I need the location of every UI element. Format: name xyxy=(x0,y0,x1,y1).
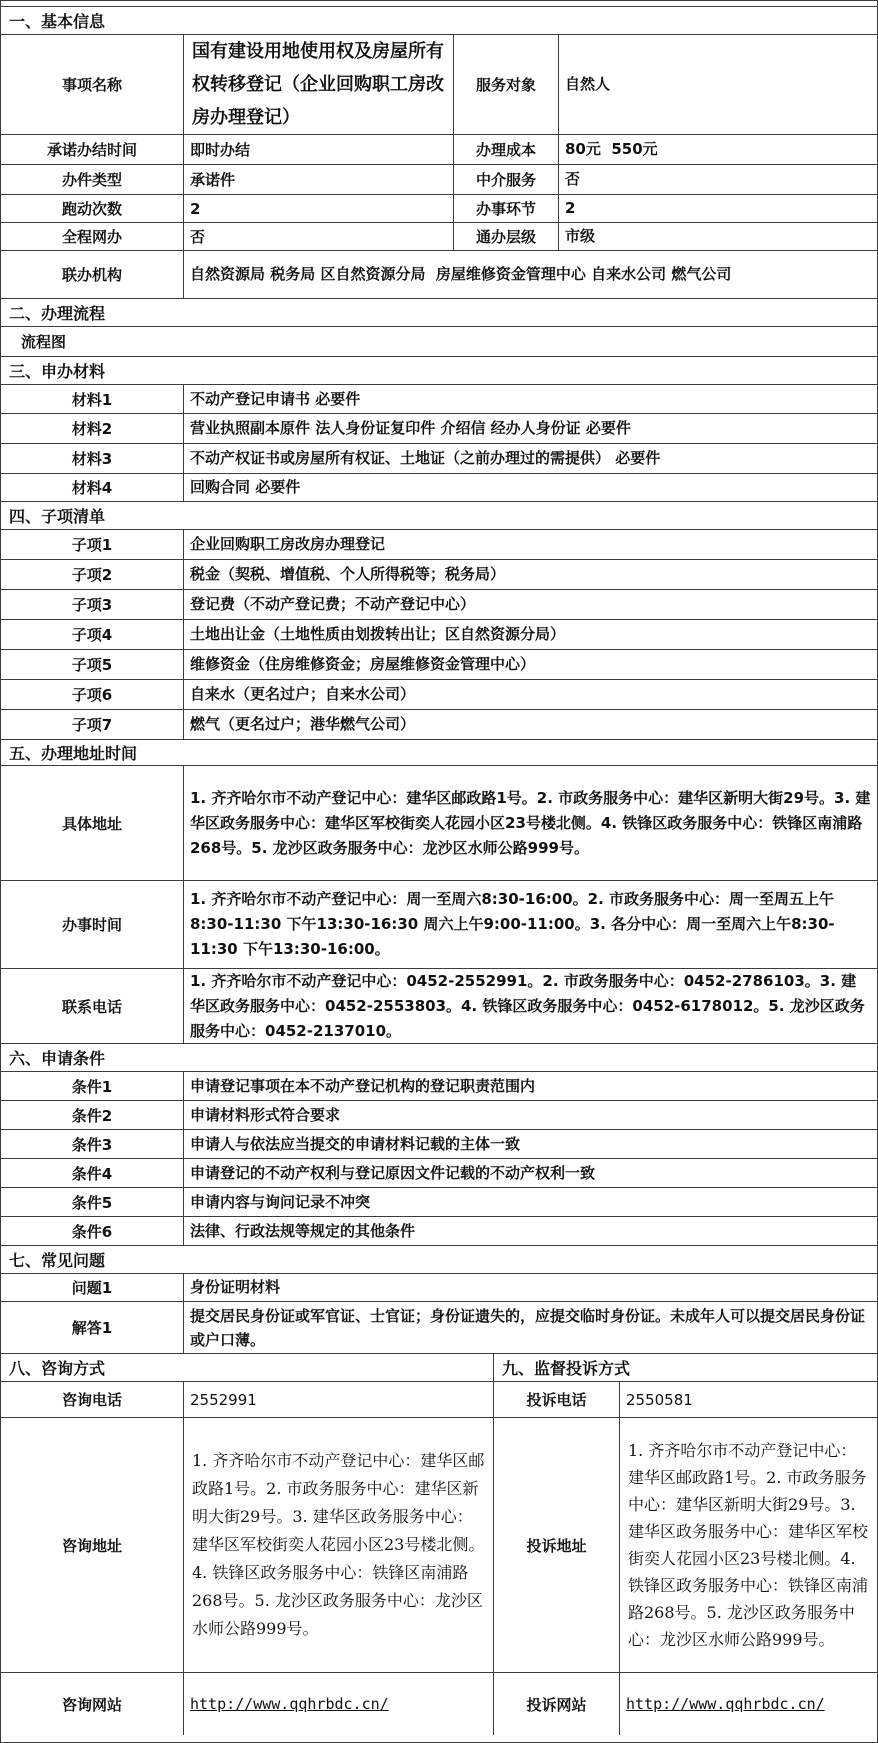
subitem-3-value: 登记费（不动产登记费；不动产登记中心） xyxy=(183,590,877,619)
case-type-value: 承诺件 xyxy=(183,165,453,194)
row-subitem-3: 子项3 登记费（不动产登记费；不动产登记中心） xyxy=(1,590,877,620)
section-title: 二、办理流程 xyxy=(1,299,111,326)
complaint-website-label: 投诉网站 xyxy=(493,1673,619,1735)
item-name-value: 国有建设用地使用权及房屋所有权转移登记（企业回购职工房改房办理登记） xyxy=(183,35,453,134)
row-basic-3: 跑动次数 2 办事环节 2 xyxy=(1,195,877,223)
subitem-6-value: 自来水（更名过户；自来水公司） xyxy=(183,680,877,709)
office-hours-label: 办事时间 xyxy=(1,881,183,968)
row-subitem-5: 子项5 维修资金（住房维修资金；房屋维修资金管理中心） xyxy=(1,650,877,680)
condition-4-label: 条件4 xyxy=(1,1159,183,1187)
section-header-materials: 三、申办材料 xyxy=(1,357,877,385)
answer-1-value: 提交居民身份证或军官证、士官证；身份证遗失的，应提交临时身份证。未成年人可以提交… xyxy=(183,1302,877,1353)
section-title: 五、办理地址时间 xyxy=(1,740,143,765)
row-material-1: 材料1 不动产登记申请书 必要件 xyxy=(1,385,877,414)
subitem-5-value: 维修资金（住房维修资金；房屋维修资金管理中心） xyxy=(183,650,877,679)
address-label: 具体地址 xyxy=(1,766,183,880)
complaint-website-link[interactable]: http://www.qqhrbdc.cn/ xyxy=(619,1673,877,1735)
consult-address-value: 1. 齐齐哈尔市不动产登记中心：建华区邮政路1号。2. 市政务服务中心：建华区新… xyxy=(183,1418,493,1672)
row-subitem-6: 子项6 自来水（更名过户；自来水公司） xyxy=(1,680,877,710)
row-condition-6: 条件6 法律、行政法规等规定的其他条件 xyxy=(1,1217,877,1246)
complaint-address-label: 投诉地址 xyxy=(493,1418,619,1672)
address-value: 1. 齐齐哈尔市不动产登记中心：建华区邮政路1号。2. 市政务服务中心：建华区新… xyxy=(183,766,877,880)
section-header-faq: 七、常见问题 xyxy=(1,1246,877,1274)
material-1-label: 材料1 xyxy=(1,385,183,413)
row-addresses: 咨询地址 1. 齐齐哈尔市不动产登记中心：建华区邮政路1号。2. 市政务服务中心… xyxy=(1,1418,877,1673)
joint-org-label: 联办机构 xyxy=(1,251,183,298)
condition-1-label: 条件1 xyxy=(1,1072,183,1100)
consult-section-title: 八、咨询方式 xyxy=(1,1354,493,1381)
service-target-value: 自然人 xyxy=(558,35,877,134)
cost-label: 办理成本 xyxy=(453,135,558,164)
section-header-conditions: 六、申请条件 xyxy=(1,1044,877,1072)
item-name-label: 事项名称 xyxy=(1,35,183,134)
agency-service-label: 中介服务 xyxy=(453,165,558,194)
row-contact-phone: 联系电话 1. 齐齐哈尔市不动产登记中心：0452-2552991。2. 市政务… xyxy=(1,969,877,1044)
row-question-1: 问题1 身份证明材料 xyxy=(1,1274,877,1302)
section-title: 一、基本信息 xyxy=(1,7,111,34)
section-header-subitems: 四、子项清单 xyxy=(1,502,877,530)
subitem-1-value: 企业回购职工房改房办理登记 xyxy=(183,530,877,559)
row-condition-4: 条件4 申请登记的不动产权利与登记原因文件记载的不动产权利一致 xyxy=(1,1159,877,1188)
subitem-4-label: 子项4 xyxy=(1,620,183,649)
steps-label: 办事环节 xyxy=(453,195,558,222)
question-1-value: 身份证明材料 xyxy=(183,1274,877,1301)
condition-2-value: 申请材料形式符合要求 xyxy=(183,1101,877,1129)
row-answer-1: 解答1 提交居民身份证或军官证、士官证；身份证遗失的，应提交临时身份证。未成年人… xyxy=(1,1302,877,1354)
row-material-4: 材料4 回购合同 必要件 xyxy=(1,474,877,502)
government-service-info-table: 一、基本信息 事项名称 国有建设用地使用权及房屋所有权转移登记（企业回购职工房改… xyxy=(0,0,878,1743)
consult-website-link[interactable]: http://www.qqhrbdc.cn/ xyxy=(183,1673,493,1735)
condition-6-label: 条件6 xyxy=(1,1217,183,1245)
service-target-label: 服务对象 xyxy=(453,35,558,134)
answer-1-label: 解答1 xyxy=(1,1302,183,1353)
subitem-5-label: 子项5 xyxy=(1,650,183,679)
row-condition-2: 条件2 申请材料形式符合要求 xyxy=(1,1101,877,1130)
condition-3-value: 申请人与依法应当提交的申请材料记载的主体一致 xyxy=(183,1130,877,1158)
row-basic-4: 全程网办 否 通办层级 市级 xyxy=(1,223,877,251)
row-websites: 咨询网站 http://www.qqhrbdc.cn/ 投诉网站 http://… xyxy=(1,1673,877,1735)
subitem-1-label: 子项1 xyxy=(1,530,183,559)
promise-time-value: 即时办结 xyxy=(183,135,453,164)
trips-label: 跑动次数 xyxy=(1,195,183,222)
online-value: 否 xyxy=(183,223,453,250)
row-address: 具体地址 1. 齐齐哈尔市不动产登记中心：建华区邮政路1号。2. 市政务服务中心… xyxy=(1,766,877,881)
consult-address-label: 咨询地址 xyxy=(1,1418,183,1672)
material-2-value: 营业执照副本原件 法人身份证复印件 介绍信 经办人身份证 必要件 xyxy=(183,414,877,443)
condition-6-value: 法律、行政法规等规定的其他条件 xyxy=(183,1217,877,1245)
row-material-2: 材料2 营业执照副本原件 法人身份证复印件 介绍信 经办人身份证 必要件 xyxy=(1,414,877,444)
complaint-phone-value: 2550581 xyxy=(619,1382,877,1417)
row-basic-2: 办件类型 承诺件 中介服务 否 xyxy=(1,165,877,195)
section-header-consult-complaint: 八、咨询方式 九、监督投诉方式 xyxy=(1,1354,877,1382)
flowchart-label: 流程图 xyxy=(1,327,877,356)
section-title: 六、申请条件 xyxy=(1,1044,111,1071)
row-subitem-7: 子项7 燃气（更名过户；港华燃气公司） xyxy=(1,710,877,740)
level-label: 通办层级 xyxy=(453,223,558,250)
level-value: 市级 xyxy=(558,223,877,250)
online-label: 全程网办 xyxy=(1,223,183,250)
subitem-6-label: 子项6 xyxy=(1,680,183,709)
material-3-value: 不动产权证书或房屋所有权证、土地证（之前办理过的需提供） 必要件 xyxy=(183,444,877,473)
row-basic-1: 承诺办结时间 即时办结 办理成本 80元 550元 xyxy=(1,135,877,165)
material-2-label: 材料2 xyxy=(1,414,183,443)
contact-phone-label: 联系电话 xyxy=(1,969,183,1043)
row-joint-org: 联办机构 自然资源局 税务局 区自然资源分局 房屋维修资金管理中心 自来水公司 … xyxy=(1,251,877,299)
row-subitem-4: 子项4 土地出让金（土地性质由划拨转出让；区自然资源分局） xyxy=(1,620,877,650)
condition-1-value: 申请登记事项在本不动产登记机构的登记职责范围内 xyxy=(183,1072,877,1100)
material-3-label: 材料3 xyxy=(1,444,183,473)
subitem-7-value: 燃气（更名过户；港华燃气公司） xyxy=(183,710,877,739)
section-title: 七、常见问题 xyxy=(1,1246,111,1273)
section-header-basic-info: 一、基本信息 xyxy=(1,7,877,35)
condition-5-label: 条件5 xyxy=(1,1188,183,1216)
row-item-name: 事项名称 国有建设用地使用权及房屋所有权转移登记（企业回购职工房改房办理登记） … xyxy=(1,35,877,135)
condition-4-value: 申请登记的不动产权利与登记原因文件记载的不动产权利一致 xyxy=(183,1159,877,1187)
row-condition-5: 条件5 申请内容与询问记录不冲突 xyxy=(1,1188,877,1217)
trips-value: 2 xyxy=(183,195,453,222)
row-condition-1: 条件1 申请登记事项在本不动产登记机构的登记职责范围内 xyxy=(1,1072,877,1101)
contact-phone-value: 1. 齐齐哈尔市不动产登记中心：0452-2552991。2. 市政务服务中心：… xyxy=(183,969,877,1043)
question-1-label: 问题1 xyxy=(1,1274,183,1301)
section-title: 三、申办材料 xyxy=(1,357,111,384)
subitem-7-label: 子项7 xyxy=(1,710,183,739)
agency-service-value: 否 xyxy=(558,165,877,194)
condition-5-value: 申请内容与询问记录不冲突 xyxy=(183,1188,877,1216)
consult-phone-label: 咨询电话 xyxy=(1,1382,183,1417)
row-office-hours: 办事时间 1. 齐齐哈尔市不动产登记中心：周一至周六8:30-16:00。2. … xyxy=(1,881,877,969)
complaint-section-title: 九、监督投诉方式 xyxy=(493,1354,877,1381)
subitem-3-label: 子项3 xyxy=(1,590,183,619)
consult-website-label: 咨询网站 xyxy=(1,1673,183,1735)
cost-value: 80元 550元 xyxy=(558,135,877,164)
condition-3-label: 条件3 xyxy=(1,1130,183,1158)
condition-2-label: 条件2 xyxy=(1,1101,183,1129)
section-header-address-time: 五、办理地址时间 xyxy=(1,740,877,766)
subitem-2-label: 子项2 xyxy=(1,560,183,589)
case-type-label: 办件类型 xyxy=(1,165,183,194)
section-header-process: 二、办理流程 xyxy=(1,299,877,327)
row-subitem-1: 子项1 企业回购职工房改房办理登记 xyxy=(1,530,877,560)
complaint-phone-label: 投诉电话 xyxy=(493,1382,619,1417)
consult-phone-value: 2552991 xyxy=(183,1382,493,1417)
row-condition-3: 条件3 申请人与依法应当提交的申请材料记载的主体一致 xyxy=(1,1130,877,1159)
office-hours-value: 1. 齐齐哈尔市不动产登记中心：周一至周六8:30-16:00。2. 市政务服务… xyxy=(183,881,877,968)
section-title: 四、子项清单 xyxy=(1,502,111,529)
subitem-4-value: 土地出让金（土地性质由划拨转出让；区自然资源分局） xyxy=(183,620,877,649)
promise-time-label: 承诺办结时间 xyxy=(1,135,183,164)
row-material-3: 材料3 不动产权证书或房屋所有权证、土地证（之前办理过的需提供） 必要件 xyxy=(1,444,877,474)
row-flowchart: 流程图 xyxy=(1,327,877,357)
material-4-label: 材料4 xyxy=(1,474,183,501)
joint-org-value: 自然资源局 税务局 区自然资源分局 房屋维修资金管理中心 自来水公司 燃气公司 xyxy=(183,251,877,298)
complaint-address-value: 1. 齐齐哈尔市不动产登记中心：建华区邮政路1号。2. 市政务服务中心：建华区新… xyxy=(619,1418,877,1672)
row-phones: 咨询电话 2552991 投诉电话 2550581 xyxy=(1,1382,877,1418)
subitem-2-value: 税金（契税、增值税、个人所得税等；税务局） xyxy=(183,560,877,589)
material-1-value: 不动产登记申请书 必要件 xyxy=(183,385,877,413)
material-4-value: 回购合同 必要件 xyxy=(183,474,877,501)
row-subitem-2: 子项2 税金（契税、增值税、个人所得税等；税务局） xyxy=(1,560,877,590)
steps-value: 2 xyxy=(558,195,877,222)
